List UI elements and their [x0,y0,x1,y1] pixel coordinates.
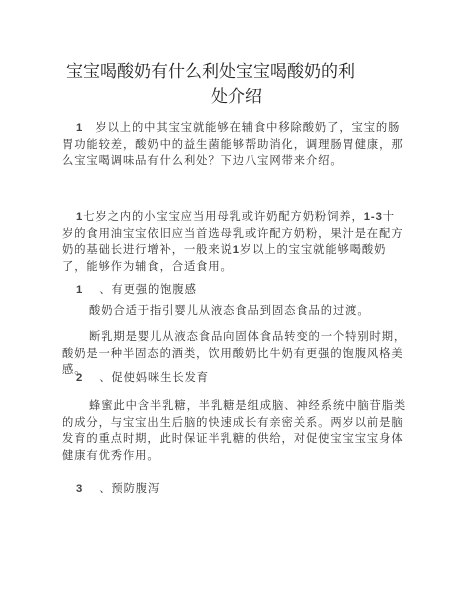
intro-text: 岁以上的中其宝宝就能够在辅食中移除酸奶了，宝宝的肠胃功能较差，酸奶中的益生菌能够… [62,121,404,167]
intro-paragraph: 1 岁以上的中其宝宝就能够在辅食中移除酸奶了，宝宝的肠胃功能较差，酸奶中的益生菌… [62,120,407,170]
document-page: 宝宝喝酸奶有什么利处宝宝喝酸奶的利 处介绍 1 岁以上的中其宝宝就能够在辅食中移… [0,0,463,600]
title-line-2: 处介绍 [66,85,366,110]
section-heading-1: 1、有更强的饱腹感 [76,282,197,298]
section-heading-3: 3、预防腹泻 [76,481,160,497]
section-number: 1 [76,284,83,296]
section-title: 、有更强的饱腹感 [99,283,197,296]
section-heading-2: 2、促使妈咪生长发育 [76,370,209,386]
age-text-a: 七岁之内的小宝宝应当用母乳或许奶配方奶粉饲养， [83,210,364,223]
age-number-2: 1 [233,244,240,256]
section-number: 3 [76,483,83,495]
age-paragraph: 1七岁之内的小宝宝应当用母乳或许奶配方奶粉饲养，1-3十岁的食用油宝宝依旧应当首… [62,209,407,275]
section-2-paragraph-1: 蜂蜜此中含半乳糖，半乳糖是组成脑、神经系统中脑苷脂类的成分，与宝宝出生后脑的快速… [62,398,407,464]
age-range: 1-3 [364,211,383,223]
title-line-1: 宝宝喝酸奶有什么利处宝宝喝酸奶的利 [66,62,355,82]
section-title: 、预防腹泻 [99,482,160,495]
section-1-paragraph-1: 酸奶合适于指引婴儿从液态食品到固态食品的过渡。 [62,303,407,320]
section-title: 、促使妈咪生长发育 [99,371,209,384]
document-title: 宝宝喝酸奶有什么利处宝宝喝酸奶的利 处介绍 [66,60,366,110]
section-number: 2 [76,372,83,384]
